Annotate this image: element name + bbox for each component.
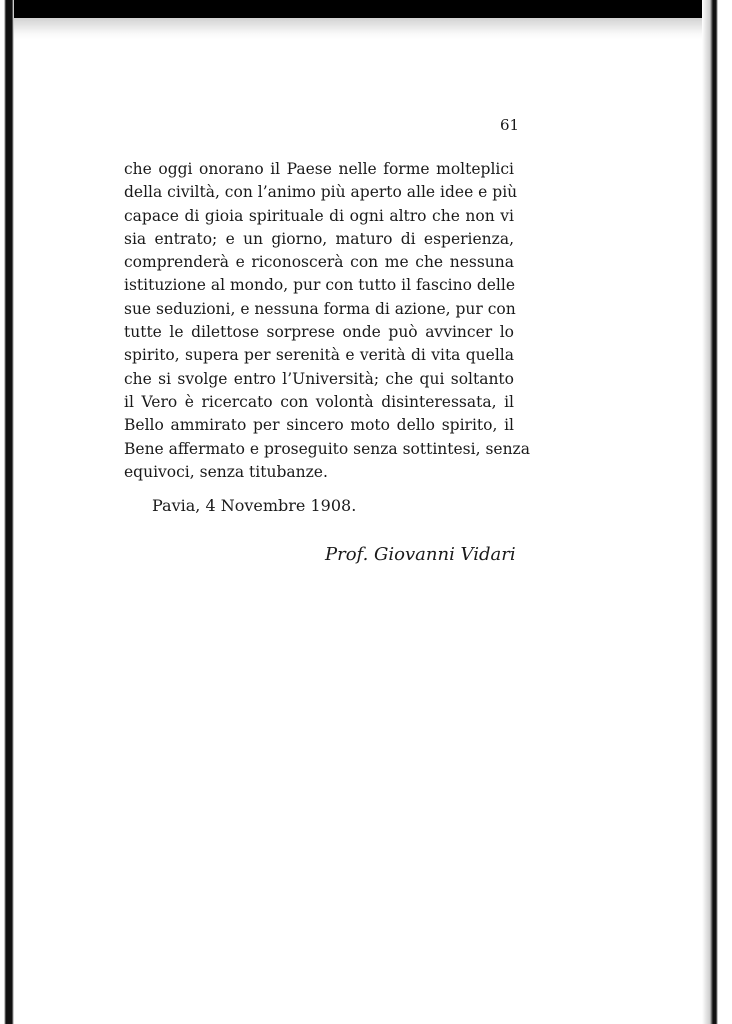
text-line: il Vero è ricercato con volontà disinter… [124, 391, 514, 414]
dateline: Pavia, 4 Novembre 1908. [152, 496, 356, 515]
text-line: Bene affermato e proseguito senza sottin… [124, 438, 514, 461]
text-line: sue seduzioni, e nessuna forma di azione… [124, 298, 514, 321]
text-line: della civiltà, con l’animo più aperto al… [124, 181, 514, 204]
text-line: istituzione al mondo, pur con tutto il f… [124, 274, 514, 297]
text-line: comprenderà e riconoscerà con me che nes… [124, 251, 514, 274]
text-line: che si svolge entro l’Università; che qu… [124, 368, 514, 391]
text-line: capace di gioia spirituale di ogni altro… [124, 205, 514, 228]
scan-right-border [702, 0, 732, 1024]
page-number: 61 [500, 116, 519, 134]
text-line: equivoci, senza titubanze. [124, 461, 514, 484]
text-line: che oggi onorano il Paese nelle forme mo… [124, 158, 514, 181]
text-line: sia entrato; e un giorno, maturo di espe… [124, 228, 514, 251]
body-paragraph: che oggi onorano il Paese nelle forme mo… [124, 158, 514, 484]
text-line: spirito, supera per serenità e verità di… [124, 344, 514, 367]
scan-top-border [0, 0, 732, 18]
scan-left-border [0, 0, 14, 1024]
signature: Prof. Giovanni Vidari [325, 544, 516, 565]
text-line: Bello ammirato per sincero moto dello sp… [124, 414, 514, 437]
text-line: tutte le dilettose sorprese onde può avv… [124, 321, 514, 344]
scan-noise [10, 18, 710, 40]
